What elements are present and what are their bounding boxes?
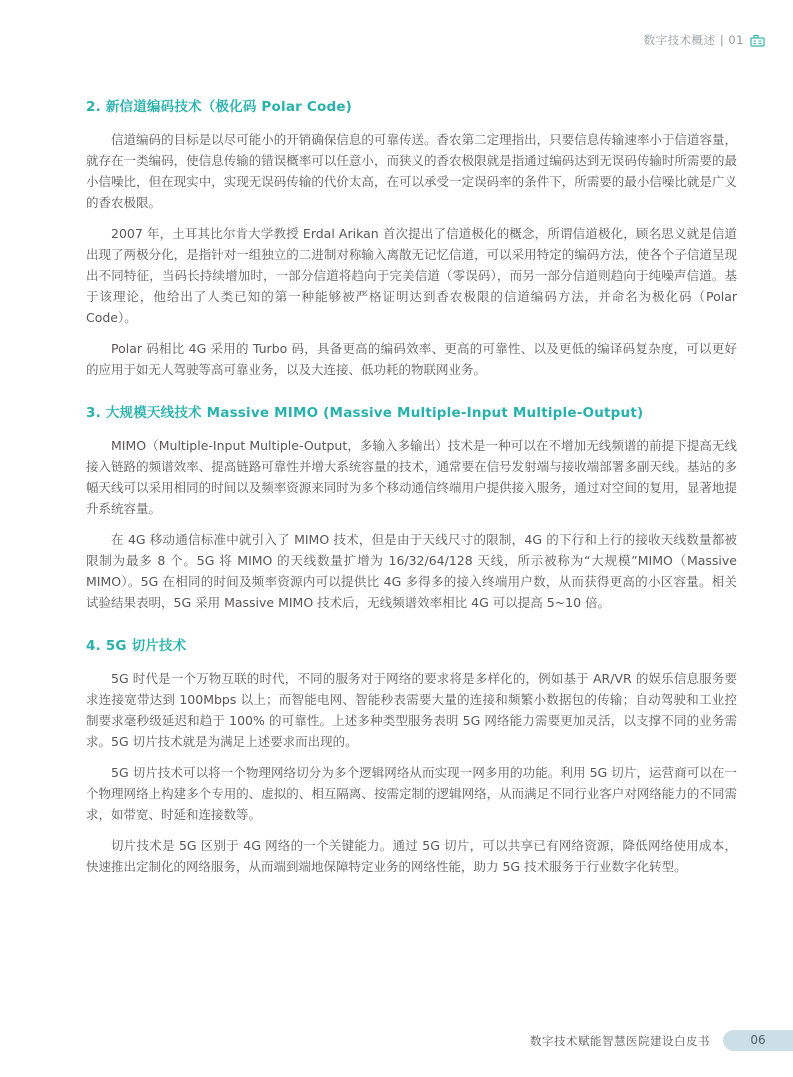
section-heading-polar-code: 2. 新信道编码技术（极化码 Polar Code) <box>86 95 737 115</box>
header-section-label: 数字技术概述 | 01 <box>644 32 744 48</box>
section-5g-slicing: 4. 5G 切片技术 5G 时代是一个万物互联的时代，不同的服务对于网络的要求将… <box>86 634 737 877</box>
page-footer: 数字技术赋能智慧医院建设白皮书 06 <box>530 1030 793 1051</box>
page-number-badge: 06 <box>723 1030 793 1051</box>
section-heading-massive-mimo: 3. 大规模天线技术 Massive MIMO (Massive Multipl… <box>86 401 737 421</box>
section-massive-mimo: 3. 大规模天线技术 Massive MIMO (Massive Multipl… <box>86 401 737 613</box>
paragraph: 信道编码的目标是以尽可能小的开销确保信息的可靠传送。香农第二定理指出，只要信息传… <box>86 129 737 213</box>
paragraph: 5G 切片技术可以将一个物理网络切分为多个逻辑网络从而实现一网多用的功能。利用 … <box>86 762 737 825</box>
emblem-icon <box>750 34 765 47</box>
paragraph: Polar 码相比 4G 采用的 Turbo 码，具备更高的编码效率、更高的可靠… <box>86 338 737 380</box>
document-page: 数字技术概述 | 01 2. 新信道编码技术（极化码 Polar Code) 信… <box>0 0 793 1077</box>
paragraph: MIMO（Multiple-Input Multiple-Output，多输入多… <box>86 435 737 519</box>
page-header: 数字技术概述 | 01 <box>644 32 765 48</box>
section-heading-5g-slicing: 4. 5G 切片技术 <box>86 634 737 654</box>
paragraph: 5G 时代是一个万物互联的时代，不同的服务对于网络的要求将是多样化的，例如基于 … <box>86 668 737 752</box>
paragraph: 在 4G 移动通信标准中就引入了 MIMO 技术，但是由于天线尺寸的限制，4G … <box>86 529 737 613</box>
document-body: 2. 新信道编码技术（极化码 Polar Code) 信道编码的目标是以尽可能小… <box>86 95 737 898</box>
footer-book-title: 数字技术赋能智慧医院建设白皮书 <box>530 1033 710 1049</box>
paragraph: 切片技术是 5G 区别于 4G 网络的一个关键能力。通过 5G 切片，可以共享已… <box>86 835 737 877</box>
paragraph: 2007 年，土耳其比尔肯大学教授 Erdal Arikan 首次提出了信道极化… <box>86 223 737 328</box>
section-polar-code: 2. 新信道编码技术（极化码 Polar Code) 信道编码的目标是以尽可能小… <box>86 95 737 380</box>
